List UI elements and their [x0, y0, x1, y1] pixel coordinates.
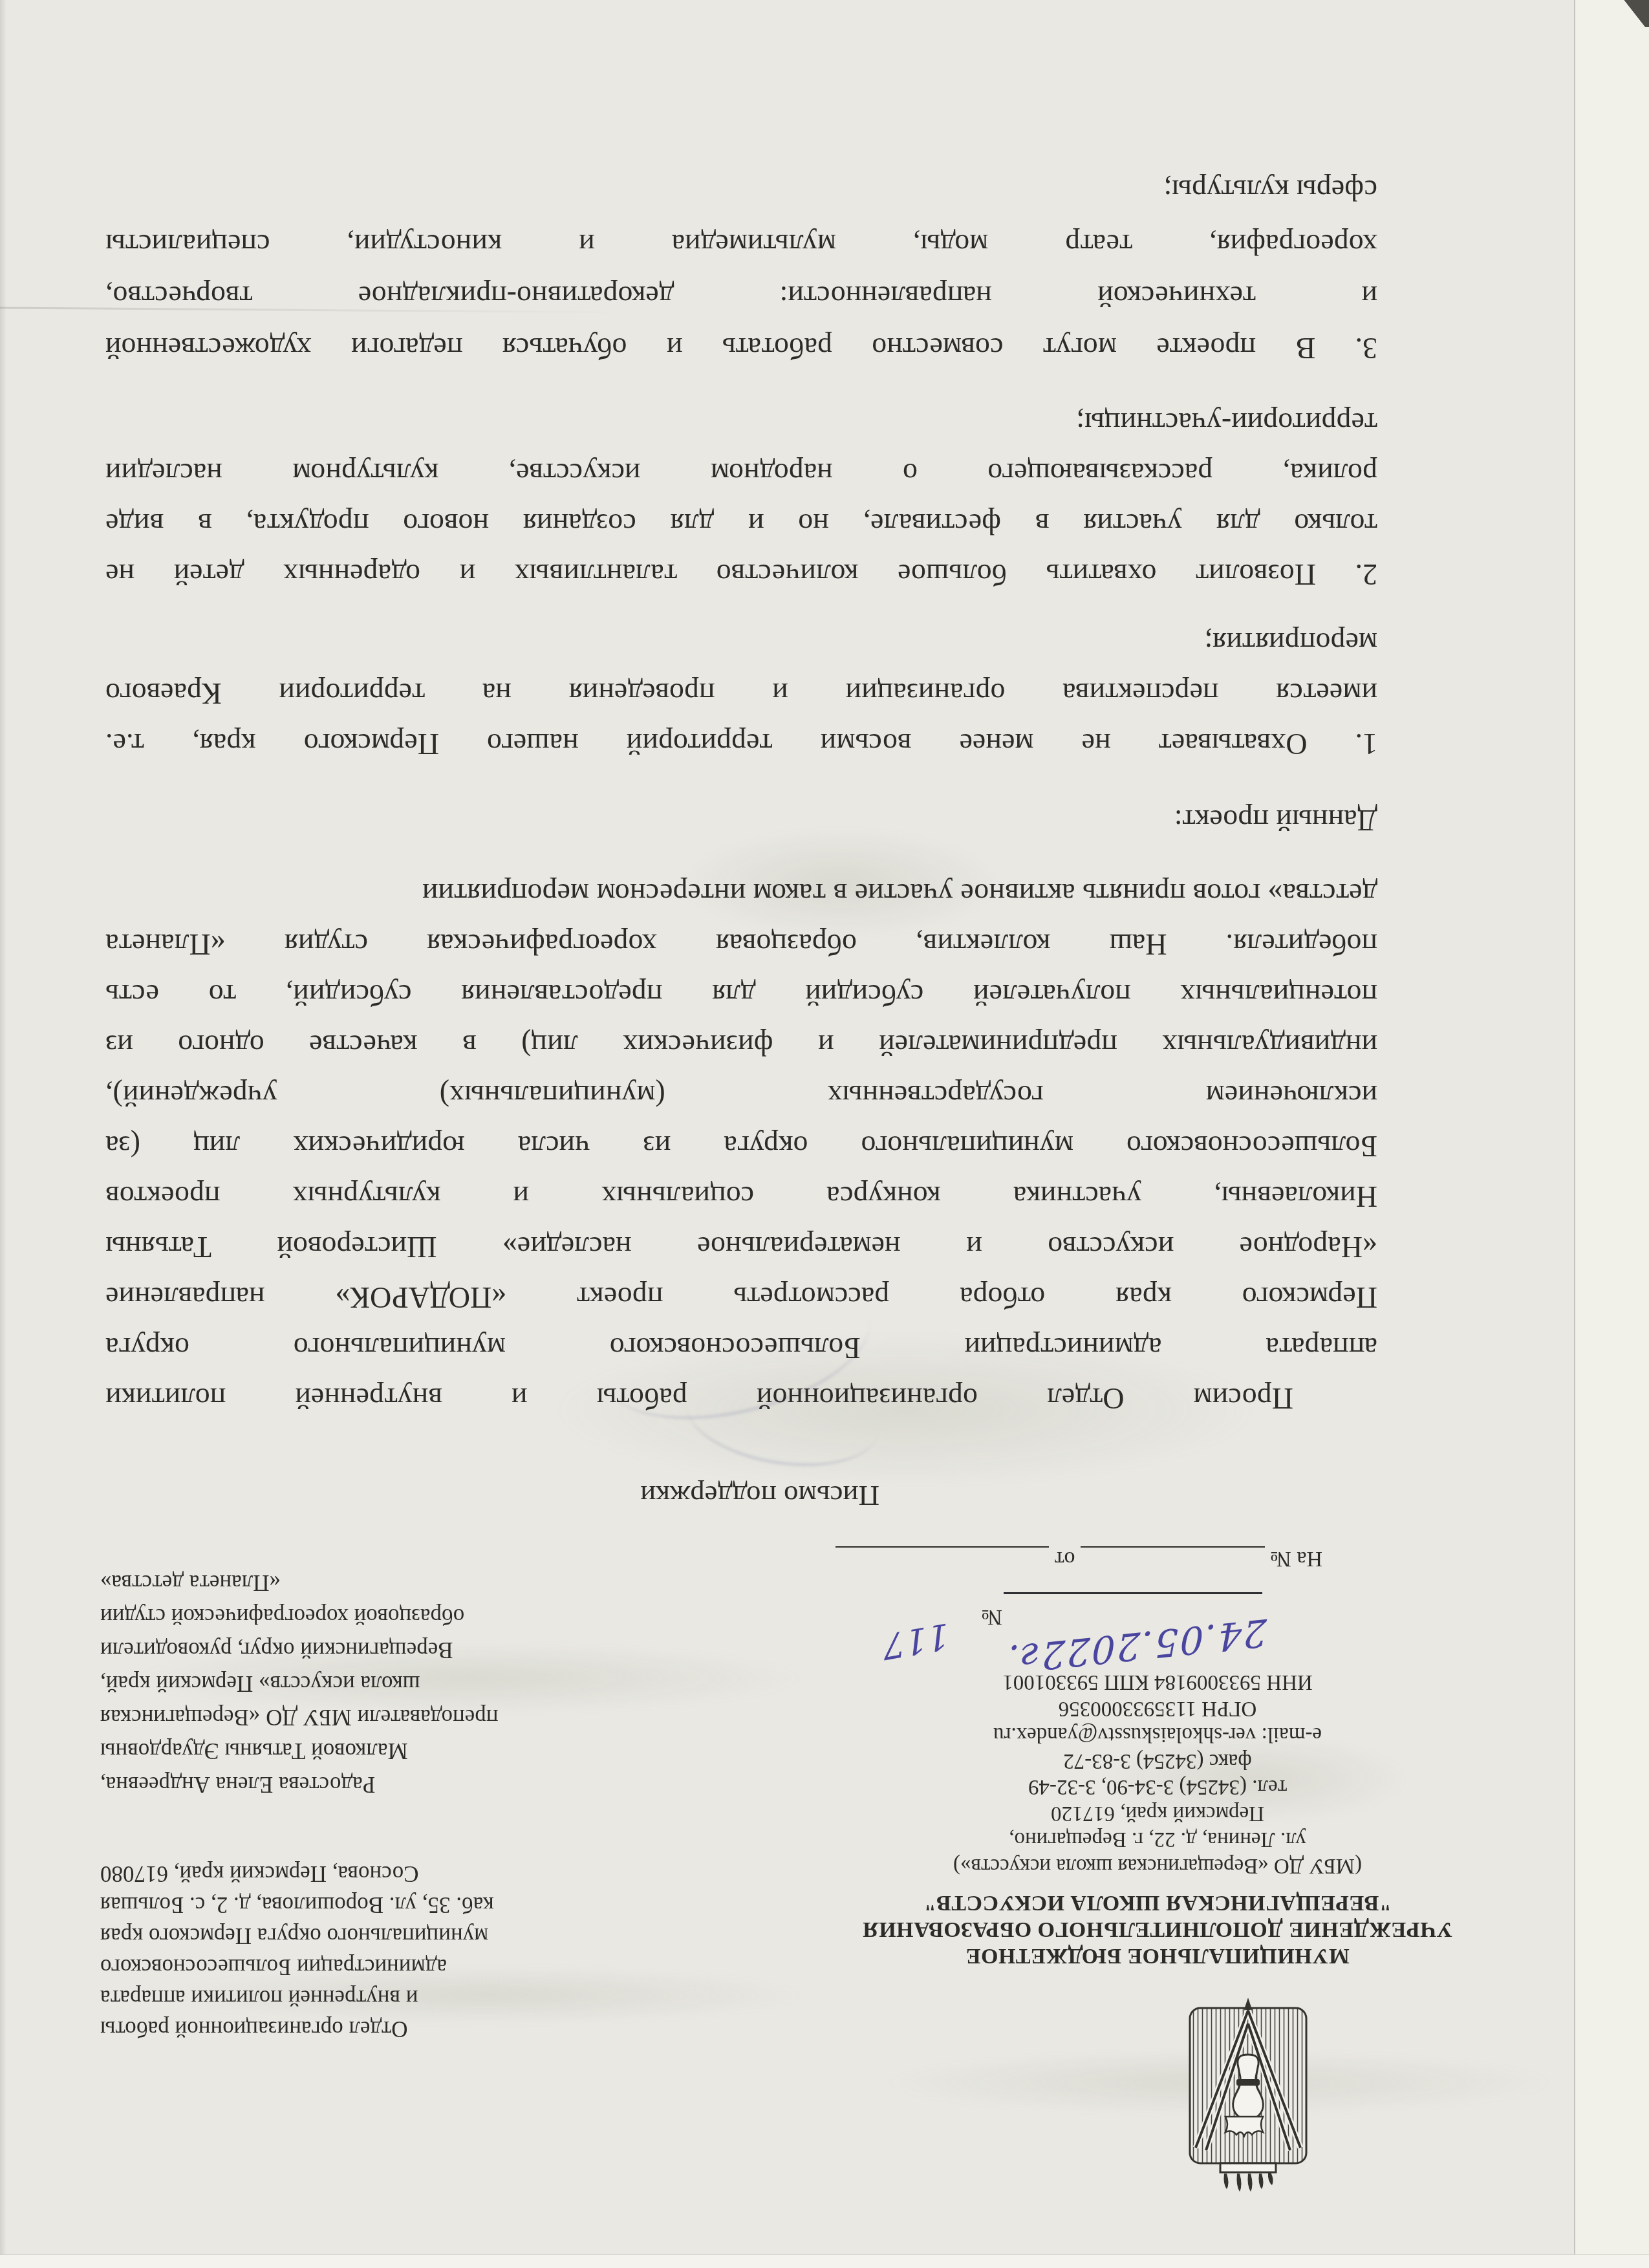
body-line: победителя. Наш коллектив, образцовая хо…: [105, 923, 1377, 962]
person-line: Малковой Татьяны Эдуардовны: [100, 1734, 782, 1767]
body-line: имеется перспектива организации и провед…: [105, 672, 1377, 711]
recipient-line: муниципального округа Пермского края: [100, 1920, 782, 1951]
org-detail-line: e-mail: ver-shkolaiskusstv@yandex.ru: [757, 1722, 1558, 1748]
body-line: индивидуальных предпринимателей и физиче…: [105, 1024, 1377, 1063]
body-line: детства» готов принять активное участие …: [105, 872, 1377, 911]
person-line: школа искусств» Пермский край,: [100, 1667, 782, 1700]
date-underline: [1004, 1592, 1262, 1594]
letter-title: Письмо поддержки: [640, 1479, 879, 1513]
body-line: Просим Отдел организационной работы и вн…: [105, 1377, 1377, 1416]
recipient-line: Соснова, Пермский край, 617080: [100, 1858, 782, 1889]
ref-number-blank: [1081, 1546, 1265, 1570]
org-detail-line: факс (34254) 3-83-72: [757, 1748, 1558, 1775]
recipient-line: и внутренней политики аппарата: [100, 1982, 782, 2013]
person-line: преподаватели МБУ ДО «Верещагинская: [100, 1700, 782, 1734]
recipient-address: Отдел организационной работы и внутренне…: [100, 1858, 782, 2044]
handwritten-number: 117: [881, 1615, 950, 1667]
org-detail-line: ОГРН 1135933000356: [757, 1696, 1558, 1722]
org-detail-line: ул. Ленина, д. 22, г. Верещагино,: [757, 1826, 1558, 1853]
org-detail-line: Пермский край, 617120: [757, 1800, 1558, 1827]
org-name-line: УЧРЕЖДЕНИЕ ДОПОЛНИТЕЛЬНОГО ОБРАЗОВАНИЯ: [757, 1916, 1558, 1943]
ref-ot-label: от: [1055, 1547, 1075, 1571]
reference-line: На № от: [835, 1546, 1322, 1571]
body-line: 2. Позволит охватить большое количество …: [105, 553, 1377, 592]
org-name-line: МУНИЦИПАЛЬНОЕ БЮДЖЕТНОЕ: [757, 1943, 1558, 1969]
body-line: Пермского края отбора рассмотреть проект…: [105, 1276, 1377, 1315]
org-detail-line: ИНН 5933009184 КПП 593301001: [757, 1669, 1558, 1696]
body-line: ролика, рассказывающего о народном искус…: [105, 452, 1377, 491]
ref-na-label: На №: [1270, 1547, 1322, 1571]
sender-persons: Радостева Елена Андреевна, Малковой Тать…: [100, 1566, 782, 1801]
body-line: «Народное искусство и нематериальное нас…: [105, 1226, 1377, 1264]
body-line: сферы культуры;: [105, 169, 1377, 208]
recipient-line: каб. 35, ул. Ворошилова, д. 2, с. Больша…: [100, 1889, 782, 1920]
body-line: территории-участницы;: [105, 402, 1377, 440]
body-line: 1. Охватывает не менее восьми территорий…: [105, 722, 1377, 761]
body-line: 3. В проекте могут совместно работать и …: [105, 327, 1377, 365]
person-line: «Планета детства»: [100, 1566, 782, 1599]
body-line: Большесосновского муниципального округа …: [105, 1125, 1377, 1163]
body-line: только для участия в фестивале, но и для…: [105, 502, 1377, 541]
org-name: МУНИЦИПАЛЬНОЕ БЮДЖЕТНОЕ УЧРЕЖДЕНИЕ ДОПОЛ…: [757, 1890, 1558, 1969]
body-line: исключением государственных (муниципальн…: [105, 1074, 1377, 1113]
body-line: Николаевны, участника конкурса социальны…: [105, 1175, 1377, 1214]
org-detail-line: (МБУ ДО «Верещагинская школа искусств»): [757, 1853, 1558, 1879]
ref-date-blank: [835, 1546, 1049, 1570]
body-line: потенциальных получателей субсидий для п…: [105, 973, 1377, 1012]
body-line: аппарата администрации Большесосновского…: [105, 1326, 1377, 1365]
recipient-line: Отдел организационной работы: [100, 2013, 782, 2044]
body-line: и технической направленности: декоративн…: [105, 275, 1377, 314]
person-line: образцовой хореографической студии: [100, 1599, 782, 1633]
recipient-line: администрации Большесосновского: [100, 1951, 782, 1982]
body-line: мероприятия;: [105, 621, 1377, 660]
person-line: Радостева Елена Андреевна,: [100, 1767, 782, 1801]
number-sign: №: [982, 1604, 1002, 1629]
document-sheet: МУНИЦИПАЛЬНОЕ БЮДЖЕТНОЕ УЧРЕЖДЕНИЕ ДОПОЛ…: [0, 0, 1649, 2268]
person-line: Верещагинский округ, руководители: [100, 1633, 782, 1667]
bell-banner-emblem-icon: [1187, 1998, 1309, 2203]
body-line: Данный проект:: [105, 799, 1377, 837]
org-detail-line: тел. (34254) 3-34-90, 3-32-49: [757, 1774, 1558, 1800]
body-line: хореография, театр моды, мультимедиа и к…: [105, 223, 1377, 262]
org-details: (МБУ ДО «Верещагинская школа искусств») …: [757, 1669, 1558, 1879]
org-name-line: "ВЕРЕЩАГИНСКАЯ ШКОЛА ИСКУССТВ": [757, 1890, 1558, 1916]
